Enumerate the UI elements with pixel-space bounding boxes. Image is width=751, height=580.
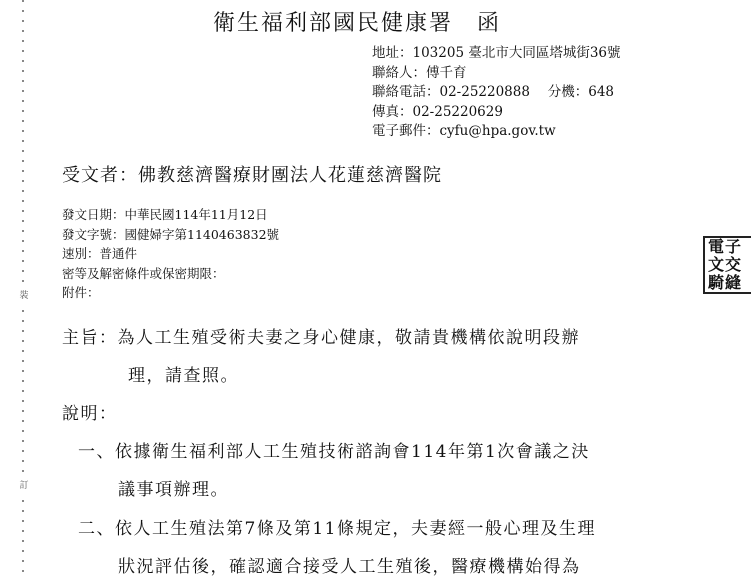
document-number: 發文字號：國健婦字第1140463832號 <box>62 225 279 245</box>
stamp-line-1: 電子 <box>708 238 751 256</box>
explanation-label: 說明： <box>62 399 118 424</box>
urgency: 速別：普通件 <box>62 244 279 264</box>
binding-mark-zhuang: 裝 <box>18 290 30 302</box>
sender-info: 地址：103205 臺北市大同區塔城街36號 聯絡人：傅千育 聯絡電話：02-2… <box>372 44 621 142</box>
explanation-item-1-line-2: 議事項辦理。 <box>118 475 229 500</box>
document-meta: 發文日期：中華民國114年11月12日 發文字號：國健婦字第1140463832… <box>62 205 279 303</box>
stamp-line-3: 騎縫 <box>708 274 751 292</box>
sender-fax: 傳真：02-25220629 <box>372 103 621 123</box>
attachments: 附件： <box>62 283 279 303</box>
binding-mark-ding: 訂 <box>18 480 30 492</box>
binding-margin: 裝 訂 <box>0 0 40 580</box>
classification: 密等及解密條件或保密期限： <box>62 264 279 284</box>
stamp-line-2: 文交 <box>708 256 751 274</box>
explanation-item-2-line-1: 二、依人工生殖法第7條及第11條規定，夫妻經一般心理及生理 <box>78 514 596 539</box>
sender-address: 地址：103205 臺北市大同區塔城街36號 <box>372 44 621 64</box>
explanation-item-2-line-2: 狀況評估後，確認適合接受人工生殖後，醫療機構始得為 <box>118 552 581 577</box>
explanation-item-1-line-1: 一、依據衛生福利部人工生殖技術諮詢會114年第1次會議之決 <box>78 437 590 462</box>
sender-contact-person: 聯絡人：傅千育 <box>372 64 621 84</box>
subject-line-1: 主旨：為人工生殖受術夫妻之身心健康，敬請貴機構依說明段辦 <box>62 323 580 348</box>
electronic-seal-stamp: 電子 文交 騎縫 <box>703 236 751 294</box>
document-title: 衛生福利部國民健康署 函 <box>213 6 501 37</box>
sender-email: 電子郵件：cyfu@hpa.gov.tw <box>372 122 621 142</box>
issue-date: 發文日期：中華民國114年11月12日 <box>62 205 279 225</box>
recipient: 受文者：佛教慈濟醫療財團法人花蓮慈濟醫院 <box>62 161 442 187</box>
subject-line-2: 理，請查照。 <box>128 361 239 386</box>
sender-phone: 聯絡電話：02-25220888 分機：648 <box>372 83 621 103</box>
